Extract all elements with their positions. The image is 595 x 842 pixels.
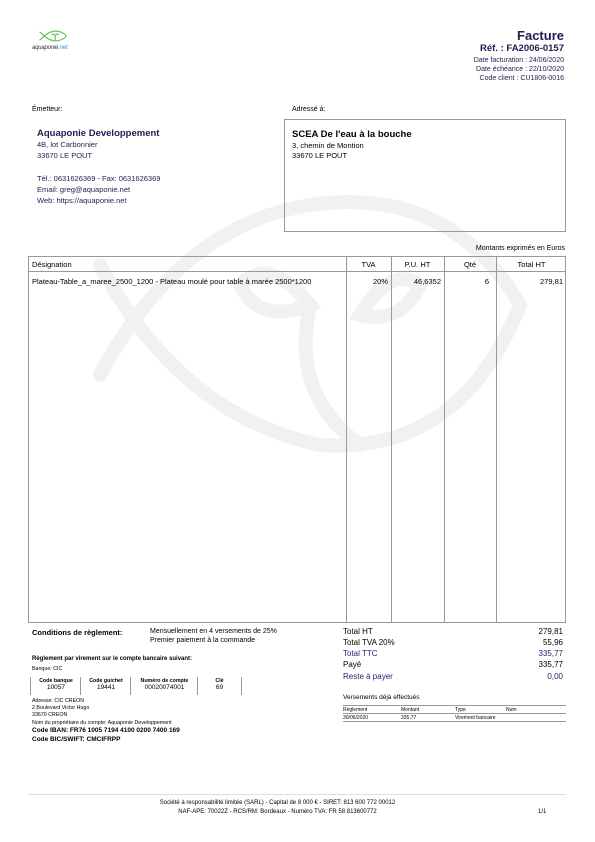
logo-fish-icon — [36, 28, 72, 44]
emitter-block: Aquaponie Developpement 4B, lot Carbonni… — [28, 119, 273, 224]
total-ttc-row: Total TTC335,77 — [343, 649, 563, 658]
emitter-address-2: 33670 LE POUT — [37, 151, 92, 161]
bank-code: 10057 — [31, 684, 81, 691]
currency-note: Montants exprimés en Euros — [476, 245, 565, 252]
recipient-label: Adressé à: — [292, 106, 325, 113]
line-qty: 6 — [444, 277, 489, 286]
emitter-web[interactable]: Web: https://aquaponie.net — [37, 196, 127, 206]
recipient-address-1: 3, chemin de Montion — [292, 141, 364, 151]
client-code: Code client : CU1806-0016 — [480, 75, 564, 82]
emitter-name: Aquaponie Developpement — [37, 128, 159, 139]
bank-address-line1: 2 Boulevard Victor Hugo — [32, 705, 89, 711]
payment-terms-line2: Premier paiement à la commande — [150, 637, 255, 644]
account-key: 69 — [198, 684, 241, 691]
page-number: 1/1 — [538, 809, 546, 815]
emitter-email[interactable]: Email: greg@aquaponie.net — [37, 185, 130, 195]
total-tva-row: Total TVA 20%55,96 — [343, 638, 563, 647]
document-title: Facture — [517, 28, 564, 43]
due-date: Date échéance : 22/10/2020 — [476, 66, 564, 73]
emitter-label: Émetteur: — [32, 106, 62, 113]
column-header-qty: Qté — [444, 260, 496, 269]
payment-row: 30/06/2020 335,77 Virement bancaire — [343, 714, 566, 722]
line-unit-price: 46,6352 — [391, 277, 441, 286]
total-ht-row: Total HT279,81 — [343, 627, 563, 636]
column-header-tva: TVA — [346, 260, 391, 269]
footer-legal-line2: NAF-APE: 70022Z - RCS/RM: Bordeaux - Num… — [0, 809, 575, 815]
payment-terms-line1: Mensuellement en 4 versements de 25% — [150, 628, 277, 635]
line-tva: 20% — [346, 277, 388, 286]
footer-divider — [28, 794, 566, 795]
column-divider — [444, 257, 445, 622]
column-header-unit-price: P.U. HT — [391, 260, 444, 269]
branch-code: 19441 — [81, 684, 131, 691]
logo-text: aquaponie.net — [32, 45, 67, 51]
recipient-box: SCEA De l'eau à la bouche 3, chemin de M… — [284, 119, 566, 232]
column-divider — [496, 257, 497, 622]
bic-code: Code BIC/SWIFT: CMCIFRPP — [32, 736, 120, 743]
emitter-address-1: 4B, lot Carbonnier — [37, 140, 97, 150]
payments-title: Versements déjà effectués — [343, 694, 419, 701]
recipient-name: SCEA De l'eau à la bouche — [292, 129, 412, 140]
paid-row: Payé335,77 — [343, 660, 563, 669]
account-number: 00020074001 — [131, 684, 198, 691]
payments-header: Règlement Montant Type Num — [343, 705, 566, 714]
invoice-date: Date facturation : 24/06/2020 — [474, 57, 564, 64]
iban-code: Code IBAN: FR76 1005 7194 4100 0200 7400… — [32, 727, 180, 734]
recipient-address-2: 33670 LE POUT — [292, 151, 347, 161]
bank-transfer-title: Règlement par virement sur le compte ban… — [32, 656, 192, 662]
invoice-reference: Réf. : FA2006-0157 — [480, 43, 564, 54]
emitter-phone-fax: Tél.: 0631626369 - Fax: 0631626369 — [37, 174, 160, 184]
column-header-total-ht: Total HT — [496, 260, 567, 269]
account-owner: Nom du propriétaire du compte: Aquaponie… — [32, 720, 172, 726]
payments-table: Règlement Montant Type Num 30/06/2020 33… — [343, 705, 566, 722]
bank-address-line2: 33670 CREON — [32, 712, 67, 718]
payment-terms-label: Conditions de règlement: — [32, 628, 122, 637]
column-header-designation: Désignation — [32, 260, 72, 269]
footer-legal-line1: Société à responsabilité limitée (SARL) … — [0, 800, 575, 806]
bank-address: Adresse: CIC CREON — [32, 698, 84, 704]
column-divider — [391, 257, 392, 622]
bank-name: Banque: CIC — [32, 666, 62, 672]
invoice-lines-table: Désignation TVA P.U. HT Qté Total HT Pla… — [28, 256, 566, 623]
line-total-ht: 279,81 — [496, 277, 563, 286]
remaining-row: Reste à payer0,00 — [343, 672, 563, 681]
column-divider — [346, 257, 347, 622]
line-designation: Plateau-Table_a_maree_2500_1200 - Platea… — [32, 277, 342, 287]
